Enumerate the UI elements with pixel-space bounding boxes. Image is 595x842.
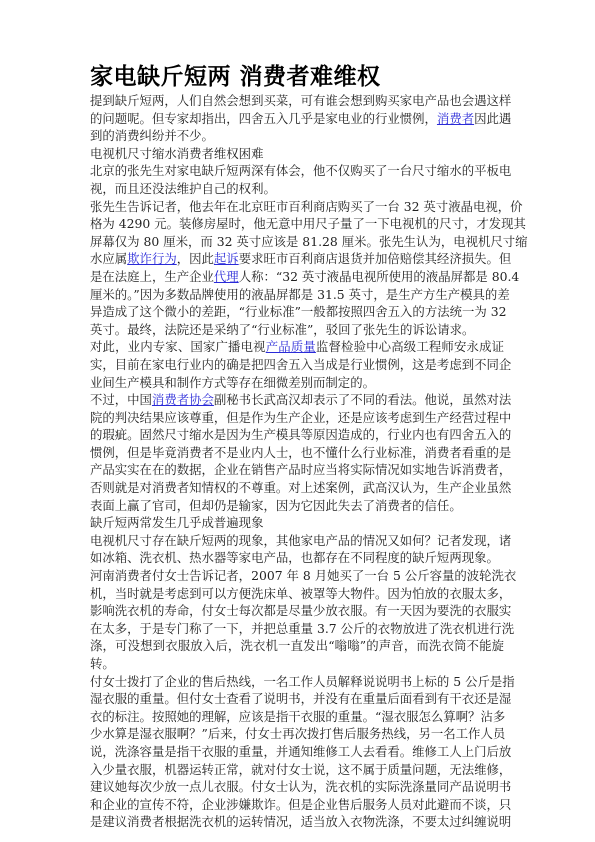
text-line: 如冰箱、洗衣机、热水器等家电产品，也都存在不同程度的缺斤短两现象。 <box>90 549 504 567</box>
text-line: 的问题呢。但专家却指出，四舍五入几乎是家电业的行业惯例，消费者因此遇 <box>90 110 504 128</box>
text-segment: 业间生产模具和制作方式等存在细微差别而制定的。 <box>90 375 375 390</box>
text-line: 是建议消费者根据洗衣机的运转情况，适当放入衣物洗涤，不要太过纠缠说明 <box>90 813 504 831</box>
text-segment: 入少量衣服，机器运转正常，就对付女士说，这不属于质量问题，无法维修， <box>90 762 511 777</box>
text-line: 视，而且还没法维护自己的权利。 <box>90 180 504 198</box>
keyword-link[interactable]: 起诉 <box>214 251 239 266</box>
text-line: 湿衣服的重量。但付女士查看了说明书，并没有在重量后面看到有干衣还是湿 <box>90 690 504 708</box>
text-segment: 和企业的宣传不符，企业涉嫌欺诈。但是企业售后服务人员对此避而不谈，只 <box>90 797 511 812</box>
text-line: 产品实实在在的数据，企业在销售产品时应当将实际情况如实地告诉消费者， <box>90 461 504 479</box>
text-segment: 机，当时就是考虑到可以方便洗床单、被罩等大物件。因为怕放的衣服太多， <box>90 586 511 601</box>
text-line: 格为 4290 元。装修房屋时，他无意中用尺子量了一下电视机的尺寸，才发现其 <box>90 215 504 233</box>
keyword-link[interactable]: 消费者 <box>437 111 474 126</box>
text-segment: 少水算是湿衣服啊？”后来，付女士再次拨打售后服务热线，另一名工作人员 <box>90 726 505 741</box>
text-segment: 建议她每次少放一点儿衣服。付女士认为，洗衣机的实际洗涤量同产品说明书 <box>90 779 511 794</box>
text-segment: 的瑕疵。固然尺寸缩水是因为生产模具等原因造成的，行业内也有四舍五入的 <box>90 427 511 442</box>
text-segment: 监督检验中心高级工程师安永成证 <box>316 339 504 354</box>
text-line: 的瑕疵。固然尺寸缩水是因为生产模具等原因造成的，行业内也有四舍五入的 <box>90 426 504 444</box>
text-line: 张先生告诉记者，他去年在北京旺市百利商店购买了一台 32 英寸液晶电视，价 <box>90 198 504 216</box>
text-segment: 因此遇 <box>474 111 511 126</box>
text-segment: 缺斤短两常发生几乎成普遍现象 <box>90 515 263 530</box>
text-segment: 格为 4290 元。装修房屋时，他无意中用尺子量了一下电视机的尺寸，才发现其 <box>90 216 526 231</box>
text-line: 缺斤短两常发生几乎成普遍现象 <box>90 514 504 532</box>
text-segment: 影响洗衣机的寿命，付女士每次都是尽量少放衣服。有一天因为要洗的衣服实 <box>90 603 511 618</box>
text-segment: 的问题呢。但专家却指出，四舍五入几乎是家电业的行业惯例， <box>90 111 437 126</box>
text-segment: 院的判决结果应该尊重，但是作为生产企业，还是应该考虑到生产经营过程中 <box>90 410 511 425</box>
text-line: 电视机尺寸缩水消费者维权困难 <box>90 145 504 163</box>
text-line: 对此，业内专家、国家广播电视产品质量监督检验中心高级工程师安永成证 <box>90 338 504 356</box>
text-line: 提到缺斤短两，人们自然会想到买菜，可有谁会想到购买家电产品也会遇这样 <box>90 92 504 110</box>
text-segment: 是建议消费者根据洗衣机的运转情况，适当放入衣物洗涤，不要太过纠缠说明 <box>90 814 511 829</box>
article-body: 提到缺斤短两，人们自然会想到买菜，可有谁会想到购买家电产品也会遇这样的问题呢。但… <box>90 92 504 831</box>
document-page: 家电缺斤短两 消费者难维权 提到缺斤短两，人们自然会想到买菜，可有谁会想到购买家… <box>90 62 504 831</box>
text-line: 少水算是湿衣服啊？”后来，付女士再次拨打售后服务热线，另一名工作人员 <box>90 725 504 743</box>
text-line: 影响洗衣机的寿命，付女士每次都是尽量少放衣服。有一天因为要洗的衣服实 <box>90 602 504 620</box>
text-line: 水应属欺诈行为，因此起诉要求旺市百利商店退货并加倍赔偿其经济损失。但 <box>90 250 504 268</box>
text-segment: 否则就是对消费者知情权的不尊重。对上述案例，武高汉认为，生产企业虽然 <box>90 480 511 495</box>
text-segment: 涤，可没想到衣服放入后，洗衣机一直发出“嗡嗡”的声音，而洗衣筒不能旋 <box>90 638 504 653</box>
text-segment: 河南消费者付女士告诉记者，2007 年 8 月她买了一台 5 公斤容量的波轮洗衣 <box>90 568 516 583</box>
text-segment: 产品实实在在的数据，企业在销售产品时应当将实际情况如实地告诉消费者， <box>90 462 511 477</box>
text-segment: 提到缺斤短两，人们自然会想到买菜，可有谁会想到购买家电产品也会遇这样 <box>90 93 511 108</box>
keyword-link[interactable]: 代理 <box>214 269 239 284</box>
text-line: 机，当时就是考虑到可以方便洗床单、被罩等大物件。因为怕放的衣服太多， <box>90 585 504 603</box>
text-segment: 视，而且还没法维护自己的权利。 <box>90 181 276 196</box>
text-line: 衣的标注。按照她的理解，应该是指干衣服的重量。“湿衣服怎么算啊？沾多 <box>90 708 504 726</box>
text-segment: 人称：“32 英寸液晶电视所使用的液晶屏都是 80.4 <box>239 269 520 284</box>
text-segment: 张先生告诉记者，他去年在北京旺市百利商店购买了一台 32 英寸液晶电视，价 <box>90 199 523 214</box>
text-line: 厘米的。”因为多数品牌使用的液晶屏都是 31.5 英寸，是生产方生产模具的差 <box>90 286 504 304</box>
text-line: 业间生产模具和制作方式等存在细微差别而制定的。 <box>90 374 504 392</box>
text-line: 转。 <box>90 655 504 673</box>
text-segment: 英寸。最终，法院还是采纳了“行业标准”，驳回了张先生的诉讼请求。 <box>90 322 474 337</box>
text-line: 涤，可没想到衣服放入后，洗衣机一直发出“嗡嗡”的声音，而洗衣筒不能旋 <box>90 637 504 655</box>
text-line: 否则就是对消费者知情权的不尊重。对上述案例，武高汉认为，生产企业虽然 <box>90 479 504 497</box>
text-segment: 电视机尺寸存在缺斤短两的现象，其他家电产品的情况又如何？记者发现，诸 <box>90 533 511 548</box>
text-line: 不过，中国消费者协会副秘书长武高汉却表示了不同的看法。他说，虽然对法 <box>90 391 504 409</box>
text-line: 到的消费纠纷并不少。 <box>90 127 504 145</box>
keyword-link[interactable]: 产品质量 <box>266 339 316 354</box>
text-line: 院的判决结果应该尊重，但是作为生产企业，还是应该考虑到生产经营过程中 <box>90 409 504 427</box>
text-segment: ，因此 <box>177 251 214 266</box>
text-line: 屏幕仅为 80 厘米，而 32 英寸应该是 81.28 厘米。张先生认为，电视机… <box>90 233 504 251</box>
text-segment: 厘米的。”因为多数品牌使用的液晶屏都是 31.5 英寸，是生产方生产模具的差 <box>90 287 510 302</box>
text-line: 电视机尺寸存在缺斤短两的现象，其他家电产品的情况又如何？记者发现，诸 <box>90 532 504 550</box>
text-line: 付女士拨打了企业的售后热线，一名工作人员解释说说明书上标的 5 公斤是指 <box>90 673 504 691</box>
article-title: 家电缺斤短两 消费者难维权 <box>90 62 504 92</box>
text-line: 惯例，但是毕竟消费者不是业内人士，也不懂什么行业标准，消费者看重的是 <box>90 444 504 462</box>
text-line: 是在法庭上，生产企业代理人称：“32 英寸液晶电视所使用的液晶屏都是 80.4 <box>90 268 504 286</box>
text-line: 说，洗涤容量是指干衣服的重量，并通知维修工人去看看。维修工人上门后放 <box>90 743 504 761</box>
text-segment: 实，目前在家电行业内的确是把四舍五入当成是行业惯例，这是考虑到不同企 <box>90 357 511 372</box>
text-segment: 惯例，但是毕竟消费者不是业内人士，也不懂什么行业标准，消费者看重的是 <box>90 445 511 460</box>
text-segment: 到的消费纠纷并不少。 <box>90 128 214 143</box>
text-line: 异造成了这个微小的差距，“行业标准”一般都按照四舍五入的方法统一为 32 <box>90 303 504 321</box>
text-line: 北京的张先生对家电缺斤短两深有体会，他不仅购买了一台尺寸缩水的平板电 <box>90 162 504 180</box>
text-segment: 湿衣服的重量。但付女士查看了说明书，并没有在重量后面看到有干衣还是湿 <box>90 691 511 706</box>
text-segment: 不过，中国 <box>90 392 152 407</box>
text-segment: 水应属 <box>90 251 127 266</box>
text-segment: 衣的标注。按照她的理解，应该是指干衣服的重量。“湿衣服怎么算啊？沾多 <box>90 709 505 724</box>
text-segment: 对此，业内专家、国家广播电视 <box>90 339 266 354</box>
text-segment: 异造成了这个微小的差距，“行业标准”一般都按照四舍五入的方法统一为 32 <box>90 304 506 319</box>
text-line: 建议她每次少放一点儿衣服。付女士认为，洗衣机的实际洗涤量同产品说明书 <box>90 778 504 796</box>
keyword-link[interactable]: 消费者协会 <box>152 392 214 407</box>
text-segment: 屏幕仅为 80 厘米，而 32 英寸应该是 81.28 厘米。张先生认为，电视机… <box>90 234 528 249</box>
text-segment: 如冰箱、洗衣机、热水器等家电产品，也都存在不同程度的缺斤短两现象。 <box>90 550 499 565</box>
text-segment: 副秘书长武高汉却表示了不同的看法。他说，虽然对法 <box>214 392 511 407</box>
text-line: 英寸。最终，法院还是采纳了“行业标准”，驳回了张先生的诉讼请求。 <box>90 321 504 339</box>
text-segment: 转。 <box>90 656 115 671</box>
text-segment: 说，洗涤容量是指干衣服的重量，并通知维修工人去看看。维修工人上门后放 <box>90 744 511 759</box>
text-line: 实，目前在家电行业内的确是把四舍五入当成是行业惯例，这是考虑到不同企 <box>90 356 504 374</box>
text-segment: 是在法庭上，生产企业 <box>90 269 214 284</box>
text-segment: 电视机尺寸缩水消费者维权困难 <box>90 146 263 161</box>
text-line: 表面上赢了官司，但却仍是输家，因为它因此失去了消费者的信任。 <box>90 497 504 515</box>
keyword-link[interactable]: 欺诈行为 <box>127 251 177 266</box>
text-segment: 付女士拨打了企业的售后热线，一名工作人员解释说说明书上标的 5 公斤是指 <box>90 674 515 689</box>
text-line: 和企业的宣传不符，企业涉嫌欺诈。但是企业售后服务人员对此避而不谈，只 <box>90 796 504 814</box>
text-segment: 要求旺市百利商店退货并加倍赔偿其经济损失。但 <box>239 251 512 266</box>
text-segment: 北京的张先生对家电缺斤短两深有体会，他不仅购买了一台尺寸缩水的平板电 <box>90 163 511 178</box>
text-segment: 在太多，于是专门称了一下，并把总重量 3.7 公斤的衣物放进了洗衣机进行洗 <box>90 621 514 636</box>
text-line: 在太多，于是专门称了一下，并把总重量 3.7 公斤的衣物放进了洗衣机进行洗 <box>90 620 504 638</box>
text-line: 河南消费者付女士告诉记者，2007 年 8 月她买了一台 5 公斤容量的波轮洗衣 <box>90 567 504 585</box>
text-segment: 表面上赢了官司，但却仍是输家，因为它因此失去了消费者的信任。 <box>90 498 462 513</box>
text-line: 入少量衣服，机器运转正常，就对付女士说，这不属于质量问题，无法维修， <box>90 761 504 779</box>
